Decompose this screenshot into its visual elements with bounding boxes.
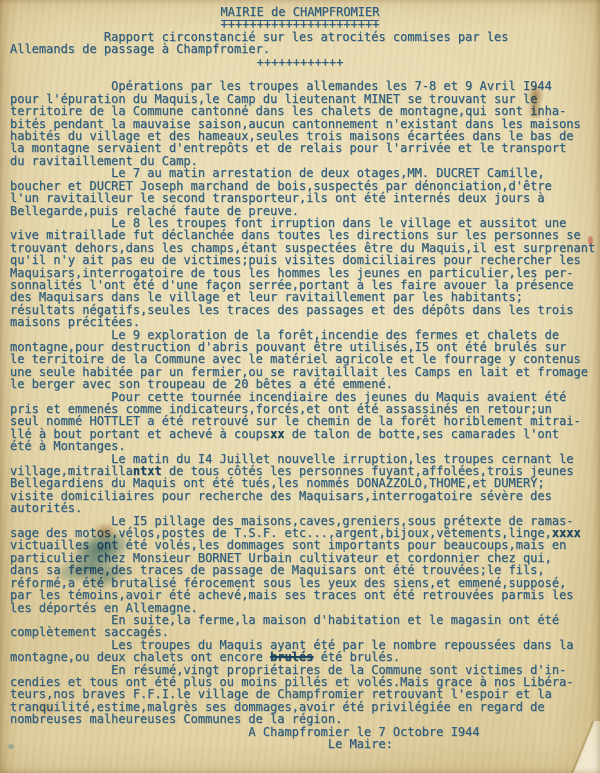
red-speck: [588, 236, 593, 245]
document-lines: MAIRIE de CHAMPFROMIER++++++++++++++++++…: [0, 0, 600, 750]
teal-speck: [8, 744, 14, 749]
document-line: visite domiciliaires pour recherche des …: [10, 490, 600, 502]
document-line: Le Maire:: [10, 738, 600, 750]
scanned-document-page: MAIRIE de CHAMPFROMIER++++++++++++++++++…: [0, 0, 600, 773]
document-line: ++++++++++++: [0, 56, 600, 68]
